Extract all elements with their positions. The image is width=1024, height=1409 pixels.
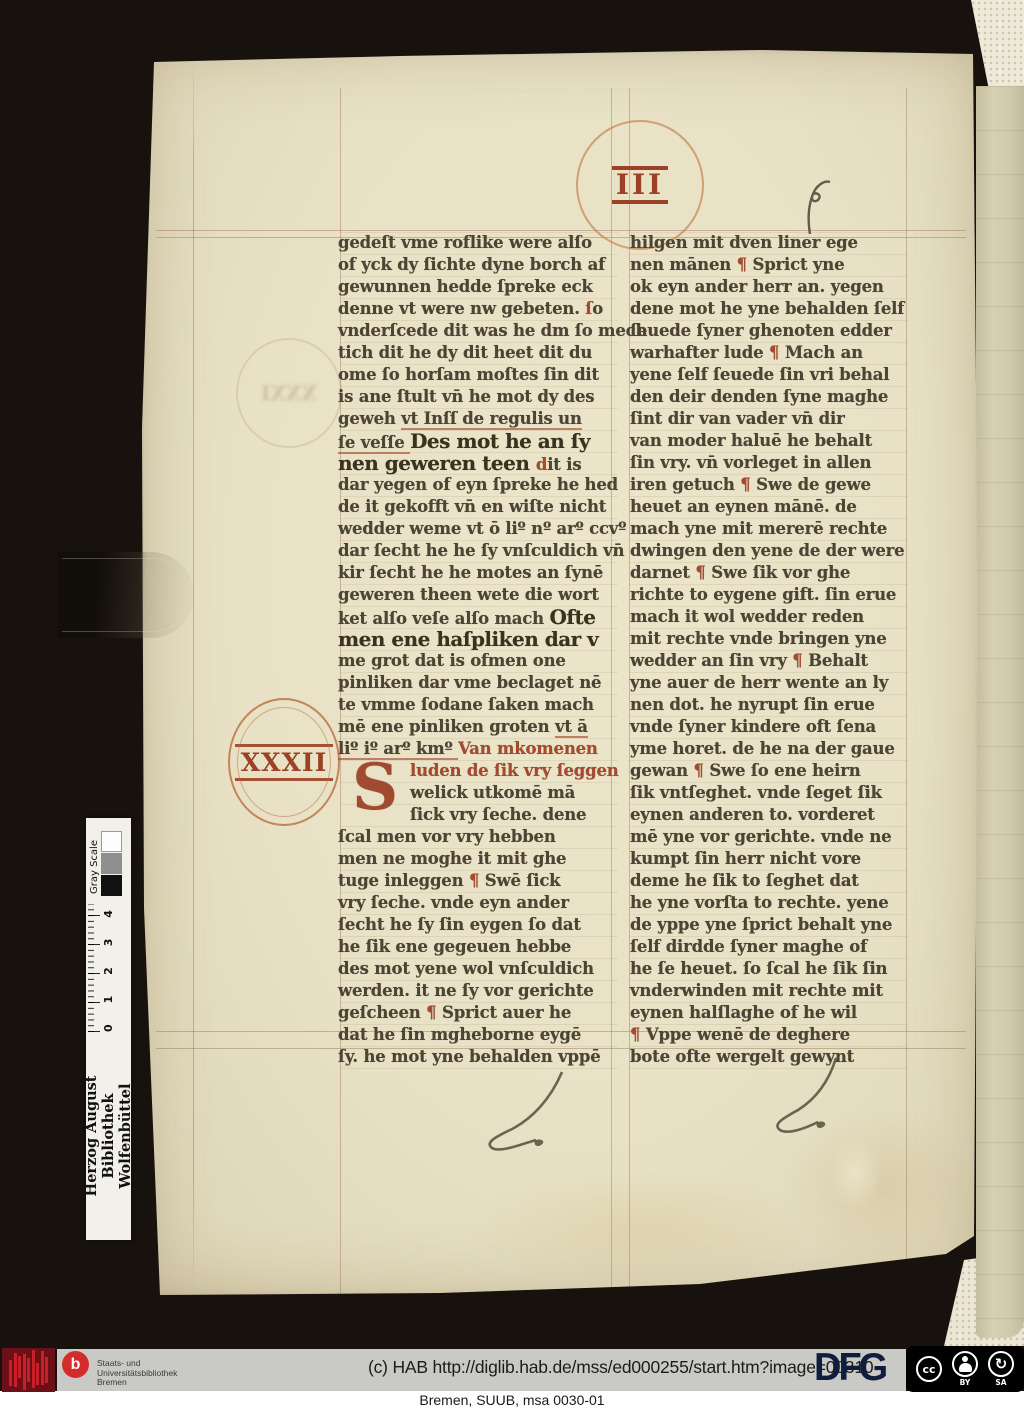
manuscript-text-line: yme horet. de he na der gaue [630,738,910,760]
manuscript-text-line: ſin vry. vn̄ vorleget in allen [630,452,910,474]
library-name-line1: Herzog August Bibliothek [83,1038,117,1234]
manuscript-text-line: heuet an eynen mānē. de [630,496,910,518]
manuscript-text-line: ſick vry ſeche. dene [338,804,618,826]
ruler-tick-number: 2 [102,967,115,975]
ruler-numbers: 01234 [102,910,115,1032]
cc-sa-icon: ↻ SA [988,1351,1014,1387]
color-calibration-strip: Herzog August Bibliothek Wolfenbüttel 01… [86,818,131,1240]
page-stack-edge [976,86,1024,1338]
manuscript-text-line: ok eyn ander herr an. yegen [630,276,910,298]
bremen-logo-initial: b [62,1351,89,1378]
ruler-tick-number: 0 [102,1024,115,1032]
scan-background: III XXXI XXXII S gedeſt vme roflike were… [0,0,1024,1409]
bremen-library-logo: b Staats- und Universitätsbibliothek Bre… [62,1351,177,1388]
manuscript-text-line: me grot dat is ofmen one [338,650,618,672]
manuscript-text-line: ¶ Vppe wenē de deghere [630,1024,910,1046]
cm-ruler: 01234 [88,904,129,1032]
page-fold-line [193,48,194,1298]
folio-number-circle: III [576,120,704,250]
bremen-text-line2: Universitätsbibliothek [97,1368,177,1378]
manuscript-text-line: mē ene pinliken groten vt ā [338,716,618,738]
manuscript-text-line: richte to eygene gift. ſin erue [630,584,910,606]
pen-flourish-bottom-left [470,1070,600,1160]
ruler-tick-number: 3 [102,939,115,947]
chapter-number-circle: XXXII [228,698,340,826]
ruler-tick-number: 4 [102,910,115,918]
library-name: Herzog August Bibliothek Wolfenbüttel [88,1038,129,1234]
manuscript-text-line: dat he ſin mgheborne eygē [338,1024,618,1046]
copyright-url: (c) HAB http://diglib.hab.de/mss/ed00025… [368,1357,873,1378]
manuscript-text-line: wedder weme vt ō liº nº arº ccvº [338,518,618,540]
pen-flourish-bottom-right [740,1056,870,1146]
manuscript-text-line: dar ſecht he he ſy vnſculdich vn̄ [338,540,618,562]
manuscript-text-line: de it gekofft vn̄ en wiſte nicht [338,496,618,518]
manuscript-text-line: ſeuede ſyner ghenoten edder [630,320,910,342]
manuscript-text-line: ſelf dirdde ſyner maghe of [630,936,910,958]
manuscript-text-line: wedder an ſin vry ¶ Behalt [630,650,910,672]
cc-by-icon: BY [952,1351,978,1387]
manuscript-text-line: men ene haſpliken dar v [338,628,618,650]
manuscript-text-line: de yppe yne ſprict behalt yne [630,914,910,936]
manuscript-text-line: mē yne vor gerichte. vnde ne [630,826,910,848]
ghost-chapter-circle: XXXI [236,338,342,448]
gray-scale-black [101,875,122,896]
manuscript-text-line: des mot yene wol vnſculdich [338,958,618,980]
person-icon [952,1351,978,1377]
ghost-chapter-number: XXXI [261,381,317,405]
manuscript-text-line: ſint dir van vader vn̄ dir [630,408,910,430]
manuscript-text-line: nen geweren teen dit is [338,452,618,474]
manuscript-text-line: liº iº arº kmº Van mkomenen [338,738,618,760]
manuscript-text-line: gewan ¶ Swe ſo ene heirn [630,760,910,782]
library-name-line2: Wolfenbüttel [117,1038,134,1234]
manuscript-text-line: gewunnen hedde ſpreke eck [338,276,618,298]
manuscript-text-line: nen mānen ¶ Sprict yne [630,254,910,276]
ruler-tick-number: 1 [102,996,115,1004]
manuscript-text-line: pinliken dar vme beclaget nē [338,672,618,694]
manuscript-text-line: ſy. he mot yne behalden vppē [338,1046,618,1068]
manuscript-text-line: den deir denden ſyne maghe [630,386,910,408]
manuscript-text-line: eynen anderen to. vorderet [630,804,910,826]
manuscript-text-line: is ane ſtult vn̄ he mot dy des [338,386,618,408]
manuscript-text-line: tuge inleggen ¶ Swē ſick [338,870,618,892]
manuscript-text-line: geweh vt Inſſ de regulis un [338,408,618,430]
manuscript-text-line: vnderwinden mit rechte mit [630,980,910,1002]
manuscript-text-line: nen dot. he nyrupt ſin erue [630,694,910,716]
cc-license-badge: cc BY ↻ SA [906,1346,1024,1392]
gray-scale-white [101,831,122,852]
gray-scale-gray [101,853,122,874]
parchment-repair-patch [830,1138,880,1208]
page-clamp [58,552,194,638]
manuscript-text-line: dar yegen of eyn ſpreke he hed [338,474,618,496]
dfg-logo: DFG [814,1347,885,1391]
manuscript-text-line: ſcal men vor vry hebben [338,826,618,848]
chapter-number: XXXII [235,744,334,781]
manuscript-text-line: he yne vorſta to rechte. yene [630,892,910,914]
gray-scale-target: Gray Scale [88,831,129,896]
manuscript-text-line: ome ſo horſam moſtes ſin dit [338,364,618,386]
cc-sa-label: SA [995,1378,1006,1387]
footer-caption-strip: Bremen, SUUB, msa 0030-01 [0,1391,1024,1409]
manuscript-text-line: geweren theen wete die wort [338,584,618,606]
gray-scale-label: Gray Scale [89,831,100,894]
manuscript-text-line: kir ſecht he he motes an ſynē [338,562,618,584]
cc-by-label: BY [960,1378,971,1387]
manuscript-text-line: van moder haluē he behalt [630,430,910,452]
manuscript-text-line: tich dit he dy dit heet dit du [338,342,618,364]
manuscript-text-line: he ſe heuet. ſo ſcal he ſik ſin [630,958,910,980]
manuscript-text-line: men ne moghe it mit ghe [338,848,618,870]
manuscript-text-line: yne auer de herr wente an ly [630,672,910,694]
manuscript-text-line: deme he ſik to ſeghet dat [630,870,910,892]
manuscript-text-line: ſecht he ſy ſin eygen ſo dat [338,914,618,936]
folio-number: III [612,166,668,204]
manuscript-text-line: ket alſo veſe alſo mach Ofte [338,606,618,628]
manuscript-text-line: gedeſt vme roflike were alſo [338,232,618,254]
pen-flourish-top [780,176,840,236]
manuscript-text-line: eynen halſlaghe of he wil [630,1002,910,1024]
manuscript-text-line: mit rechte vnde bringen yne [630,628,910,650]
manuscript-text-line: vnde ſyner kindere oft ſena [630,716,910,738]
manuscript-text-line: te vmme ſodane ſaken mach [338,694,618,716]
hab-barcode-logo [2,1348,55,1392]
manuscript-text-line: vry ſeche. vnde eyn ander [338,892,618,914]
manuscript-page: III XXXI XXXII S gedeſt vme roflike were… [140,48,980,1298]
manuscript-text-line: ſik vntſeghet. vnde ſeget ſik [630,782,910,804]
manuscript-text-line: of yck dy ſichte dyne borch af [338,254,618,276]
ruler-ticks [88,904,100,1032]
manuscript-text-line: kumpt ſin herr nicht vore [630,848,910,870]
manuscript-text-line: darnet ¶ Swe ſik vor ghe [630,562,910,584]
manuscript-text-line: iren getuch ¶ Swe de gewe [630,474,910,496]
cc-ring: cc [916,1356,942,1382]
manuscript-text-line: denne vt were nw gebeten. ſo [338,298,618,320]
bremen-logo-text: Staats- und Universitätsbibliothek Breme… [97,1359,177,1388]
manuscript-text-line: vnderſcede dit was he dm ſo mech [338,320,618,342]
manuscript-text-line: werden. it ne ſy vor gerichte [338,980,618,1002]
manuscript-text-line: geſcheen ¶ Sprict auer he [338,1002,618,1024]
cc-icon: cc [916,1356,942,1382]
share-alike-arrow-icon: ↻ [988,1351,1014,1377]
manuscript-text-line: dene mot he yne behalden ſelf [630,298,910,320]
manuscript-text-line: yene ſelf ſeuede ſin vri behal [630,364,910,386]
bremen-text-line1: Staats- und [97,1358,140,1368]
shelfmark-caption: Bremen, SUUB, msa 0030-01 [419,1392,604,1408]
text-column-left: gedeſt vme roflike were alſoof yck dy ſi… [338,232,618,1068]
ruling-horizontal [156,230,966,231]
parchment-stain [460,1168,820,1288]
manuscript-text-line: luden de ſik vry ſeggen [338,760,618,782]
manuscript-text-line: warhafter lude ¶ Mach an [630,342,910,364]
text-column-right: hilgen mit dven liner egenen mānen ¶ Spr… [630,232,910,1068]
manuscript-text-line: mach it wol wedder reden [630,606,910,628]
manuscript-text-line: hilgen mit dven liner ege [630,232,910,254]
manuscript-text-line: he ſik ene gegeuen hebbe [338,936,618,958]
gray-scale-squares [101,831,122,896]
manuscript-text-line: mach yne mit mererē rechte [630,518,910,540]
manuscript-text-line: ſe veſſe Des mot he an ſy [338,430,618,452]
manuscript-text-line: dwingen den yene de der were [630,540,910,562]
bremen-text-line3: Bremen [97,1377,127,1387]
manuscript-text-line: welick utkomē mā [338,782,618,804]
